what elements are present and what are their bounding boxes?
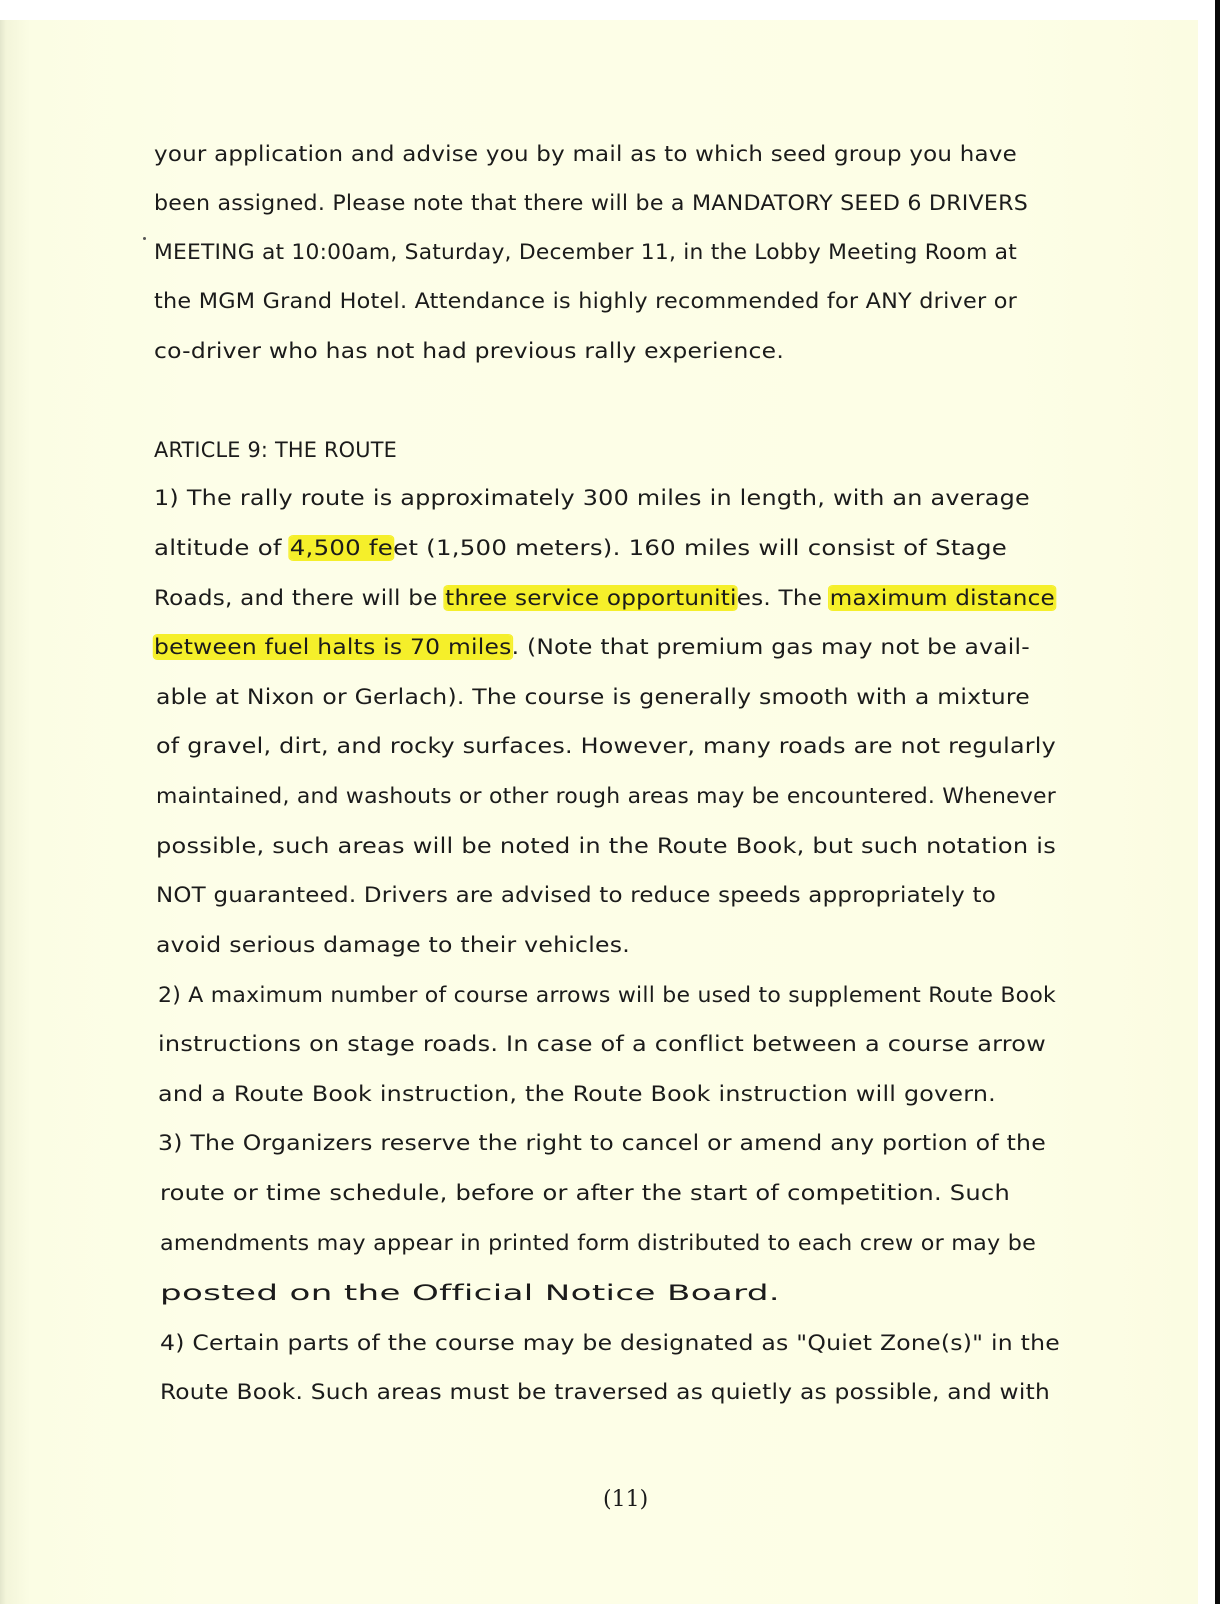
scan-edge — [1215, 0, 1220, 1604]
scan-margin — [1198, 0, 1215, 1604]
text-line: Roads, and there will be three service o… — [154, 586, 1055, 610]
text-line: altitude of 4,500 feet (1,500 meters). 1… — [154, 536, 1007, 560]
text-span: possible, such areas will be noted in th… — [156, 834, 1056, 858]
text-span: route or time schedule, before or after … — [160, 1181, 1010, 1205]
text-line: route or time schedule, before or after … — [160, 1181, 1010, 1205]
text-line: between fuel halts is 70 miles. (Note th… — [154, 635, 1030, 659]
text-line: 4) Certain parts of the course may be de… — [160, 1331, 1060, 1355]
highlighted-text: three service opportuniti — [445, 586, 737, 610]
text-line: able at Nixon or Gerlach). The course is… — [156, 685, 1030, 709]
text-span: Route Book. Such areas must be traversed… — [160, 1380, 1050, 1404]
text-line: co-driver who has not had previous rally… — [154, 339, 784, 363]
text-line: of gravel, dirt, and rocky surfaces. How… — [156, 734, 1056, 758]
scan-speck — [143, 237, 146, 240]
text-span: 3) The Organizers reserve the right to c… — [158, 1131, 1046, 1155]
text-span: amendments may appear in printed form di… — [160, 1231, 1036, 1255]
text-span: 4) Certain parts of the course may be de… — [160, 1331, 1060, 1355]
text-line: amendments may appear in printed form di… — [160, 1231, 1036, 1255]
text-line: instructions on stage roads. In case of … — [158, 1032, 1046, 1056]
text-span: altitude of — [154, 536, 290, 560]
text-line: your application and advise you by mail … — [154, 142, 1017, 166]
highlighted-text: between fuel halts is 70 miles — [154, 635, 512, 659]
text-line: avoid serious damage to their vehicles. — [156, 933, 630, 957]
text-span: . (Note that premium gas may not be avai… — [512, 635, 1030, 659]
page-number: (11) — [603, 1487, 648, 1512]
text-span: and a Route Book instruction, the Route … — [158, 1082, 996, 1106]
text-line: maintained, and washouts or other rough … — [156, 784, 1056, 808]
text-span: posted on the Official Notice Board. — [160, 1281, 780, 1305]
text-line: and a Route Book instruction, the Route … — [158, 1082, 996, 1106]
text-span: of gravel, dirt, and rocky surfaces. How… — [156, 734, 1056, 758]
text-line: 2) A maximum number of course arrows wil… — [158, 983, 1056, 1007]
text-line: 1) The rally route is approximately 300 … — [154, 486, 1030, 510]
text-span: 1) The rally route is approximately 300 … — [154, 486, 1030, 510]
highlighted-text: maximum distance — [830, 586, 1055, 610]
highlighted-text: 4,500 fe — [290, 536, 393, 560]
text-line: posted on the Official Notice Board. — [160, 1281, 780, 1305]
text-span: 2) A maximum number of course arrows wil… — [158, 983, 1056, 1007]
text-span: maintained, and washouts or other rough … — [156, 784, 1056, 808]
text-line: been assigned. Please note that there wi… — [154, 191, 1028, 215]
text-line: Route Book. Such areas must be traversed… — [160, 1380, 1050, 1404]
text-line: 3) The Organizers reserve the right to c… — [158, 1131, 1046, 1155]
text-span: es. The — [737, 586, 830, 610]
text-span: avoid serious damage to their vehicles. — [156, 933, 630, 957]
text-span: et (1,500 meters). 160 miles will consis… — [393, 536, 1007, 560]
text-line: MEETING at 10:00am, Saturday, December 1… — [154, 240, 1017, 264]
text-line: NOT guaranteed. Drivers are advised to r… — [156, 883, 996, 907]
text-span: instructions on stage roads. In case of … — [158, 1032, 1046, 1056]
text-span: able at Nixon or Gerlach). The course is… — [156, 685, 1030, 709]
text-line: the MGM Grand Hotel. Attendance is highl… — [154, 289, 1017, 313]
text-line: possible, such areas will be noted in th… — [156, 834, 1056, 858]
text-span: Roads, and there will be — [154, 586, 445, 610]
article-heading: ARTICLE 9: THE ROUTE — [154, 438, 397, 462]
text-span: NOT guaranteed. Drivers are advised to r… — [156, 883, 996, 907]
